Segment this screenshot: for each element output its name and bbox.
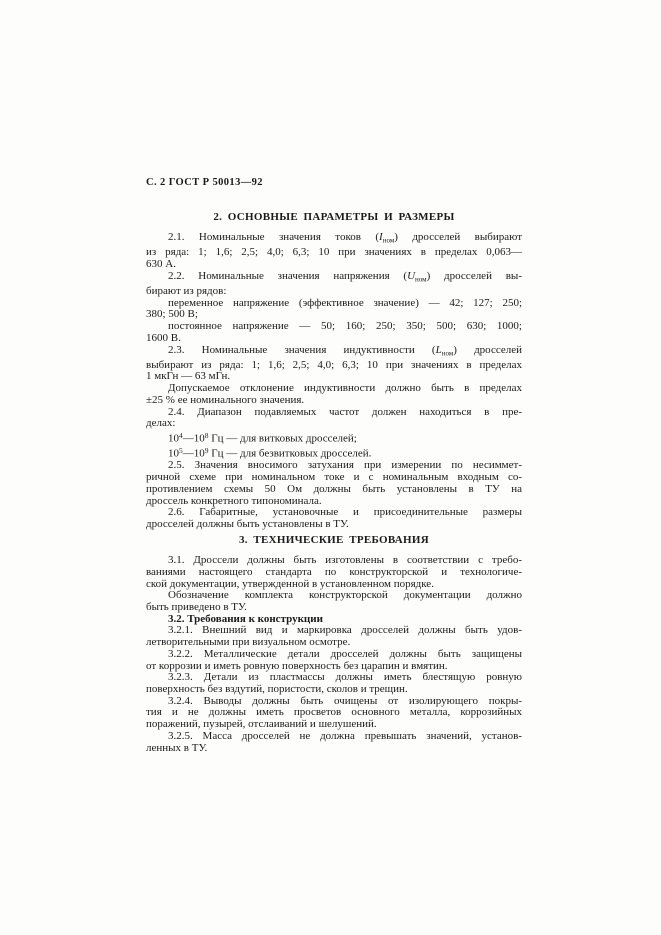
text-run: быть приведено в ТУ.: [146, 601, 247, 613]
text-run: 2.3. Номинальные значения индуктивности …: [168, 344, 436, 356]
text-run: делах:: [146, 417, 175, 429]
text-line: делах:: [146, 418, 522, 430]
text-run: 2.2. Номинальные значения напряжения (: [168, 270, 407, 282]
text-run: ской документации, утвержденной в устано…: [146, 578, 434, 590]
text-run: поражений, пузырей, отслаиваний и шелуше…: [146, 718, 377, 730]
text-run: —10: [183, 448, 205, 460]
text-run: выбирают из ряда: 1; 1,6; 2,5; 4,0; 6,3;…: [146, 359, 522, 371]
text-run: Гц — для безвитковых дросселей.: [209, 448, 372, 460]
text-run: 3.2.3. Детали из пластмассы должны иметь…: [168, 671, 522, 683]
text-line: из ряда: 1; 1,6; 2,5; 4,0; 6,3; 10 при з…: [146, 247, 522, 259]
text-line: 105—109 Гц — для безвитковых дросселей.: [146, 445, 522, 460]
text-run: 10: [168, 448, 179, 460]
text-line: постоянное напряжение — 50; 160; 250; 35…: [146, 321, 522, 333]
text-run: 380; 500 В;: [146, 308, 198, 320]
text-run: 3.2.1. Внешний вид и маркировка дросселе…: [168, 624, 522, 636]
text-line: переменное напряжение (эффективное значе…: [146, 298, 522, 310]
text-run: ) дросселей выбирают: [394, 231, 522, 243]
text-run: Гц — для витковых дросселей;: [209, 433, 357, 445]
text-run: Обозначение комплекта конструкторской до…: [168, 589, 522, 601]
text-run: переменное напряжение (эффективное значе…: [168, 297, 522, 309]
section-body: 2.1. Номинальные значения токов (Iном) д…: [146, 232, 522, 530]
text-run-sub: ном: [383, 237, 395, 245]
text-run: 3.2.5. Масса дросселей не должна превыша…: [168, 730, 522, 742]
section-basic-parameters: 2. ОСНОВНЫЕ ПАРАМЕТРЫ И РАЗМЕРЫ 2.1. Ном…: [146, 202, 522, 531]
text-run: постоянное напряжение — 50; 160; 250; 35…: [168, 320, 522, 332]
text-run: тия и не должны иметь просветов основног…: [146, 706, 522, 718]
text-run: 2.1. Номинальные значения токов (: [168, 231, 379, 243]
text-line: 2.1. Номинальные значения токов (Iном) д…: [146, 232, 522, 247]
text-run: 3.1. Дроссели должны быть изготовлены в …: [168, 554, 522, 566]
text-run-sub: ном: [415, 275, 427, 283]
text-run: 2.5. Значения вносимого затухания при из…: [168, 459, 522, 471]
document-page: С. 2 ГОСТ Р 50013—92 2. ОСНОВНЫЕ ПАРАМЕТ…: [0, 0, 661, 935]
text-run: летворительными при визуальном осмотре.: [146, 636, 350, 648]
text-run: поверхность без вздутий, пористости, ско…: [146, 683, 408, 695]
text-run: ) дросселей: [453, 344, 522, 356]
text-line: 104—108 Гц — для витковых дросселей;: [146, 430, 522, 445]
text-run: бирают из рядов:: [146, 285, 226, 297]
section-title: 2. ОСНОВНЫЕ ПАРАМЕТРЫ И РАЗМЕРЫ: [146, 211, 522, 223]
page-header: С. 2 ГОСТ Р 50013—92: [146, 177, 263, 188]
text-run: ±25 % ее номинального значения.: [146, 394, 304, 406]
text-run-italic: U: [407, 270, 415, 282]
text-run: 2.6. Габаритные, установочные и присоеди…: [168, 506, 522, 518]
text-line: 2.4. Диапазон подавляемых частот должен …: [146, 407, 522, 419]
text-run: 3.2.4. Выводы должны быть очищены от изо…: [168, 695, 522, 707]
text-run: 1 мкГн — 63 мГн.: [146, 370, 230, 382]
text-run: из ряда: 1; 1,6; 2,5; 4,0; 6,3; 10 при з…: [146, 246, 522, 258]
text-line: 2.3. Номинальные значения индуктивности …: [146, 345, 522, 360]
text-run: 2.4. Диапазон подавляемых частот должен …: [168, 406, 522, 418]
text-run-bold: 3.2. Требования к конструкции: [168, 613, 323, 625]
text-run: ваниями настоящего стандарта по конструк…: [146, 566, 522, 578]
text-run: ричной схеме при номинальном токе и с но…: [146, 471, 522, 483]
section-title: 3. ТЕХНИЧЕСКИЕ ТРЕБОВАНИЯ: [146, 534, 522, 546]
section-technical-requirements: 3. ТЕХНИЧЕСКИЕ ТРЕБОВАНИЯ 3.1. Дроссели …: [146, 525, 522, 754]
text-run: 10: [168, 433, 179, 445]
text-run: ленных в ТУ.: [146, 742, 207, 754]
text-run: Допускаемое отклонение индуктивности дол…: [168, 382, 522, 394]
text-run: 1600 В.: [146, 332, 181, 344]
text-run: противлением схемы 50 Ом должны быть уст…: [146, 483, 522, 495]
text-run: от коррозии и иметь ровную поверхность б…: [146, 660, 448, 672]
text-run: 630 А.: [146, 258, 176, 270]
text-run: ) дросселей вы-: [427, 270, 522, 282]
text-run: —10: [183, 433, 205, 445]
text-line: 2.2. Номинальные значения напряжения (Uн…: [146, 271, 522, 286]
text-run-sub: ном: [442, 349, 454, 357]
text-line: ленных в ТУ.: [146, 743, 522, 755]
section-body: 3.1. Дроссели должны быть изготовлены в …: [146, 555, 522, 754]
text-run: 3.2.2. Металлические детали дросселей до…: [168, 648, 522, 660]
text-run: дроссель конкретного типономинала.: [146, 495, 322, 507]
